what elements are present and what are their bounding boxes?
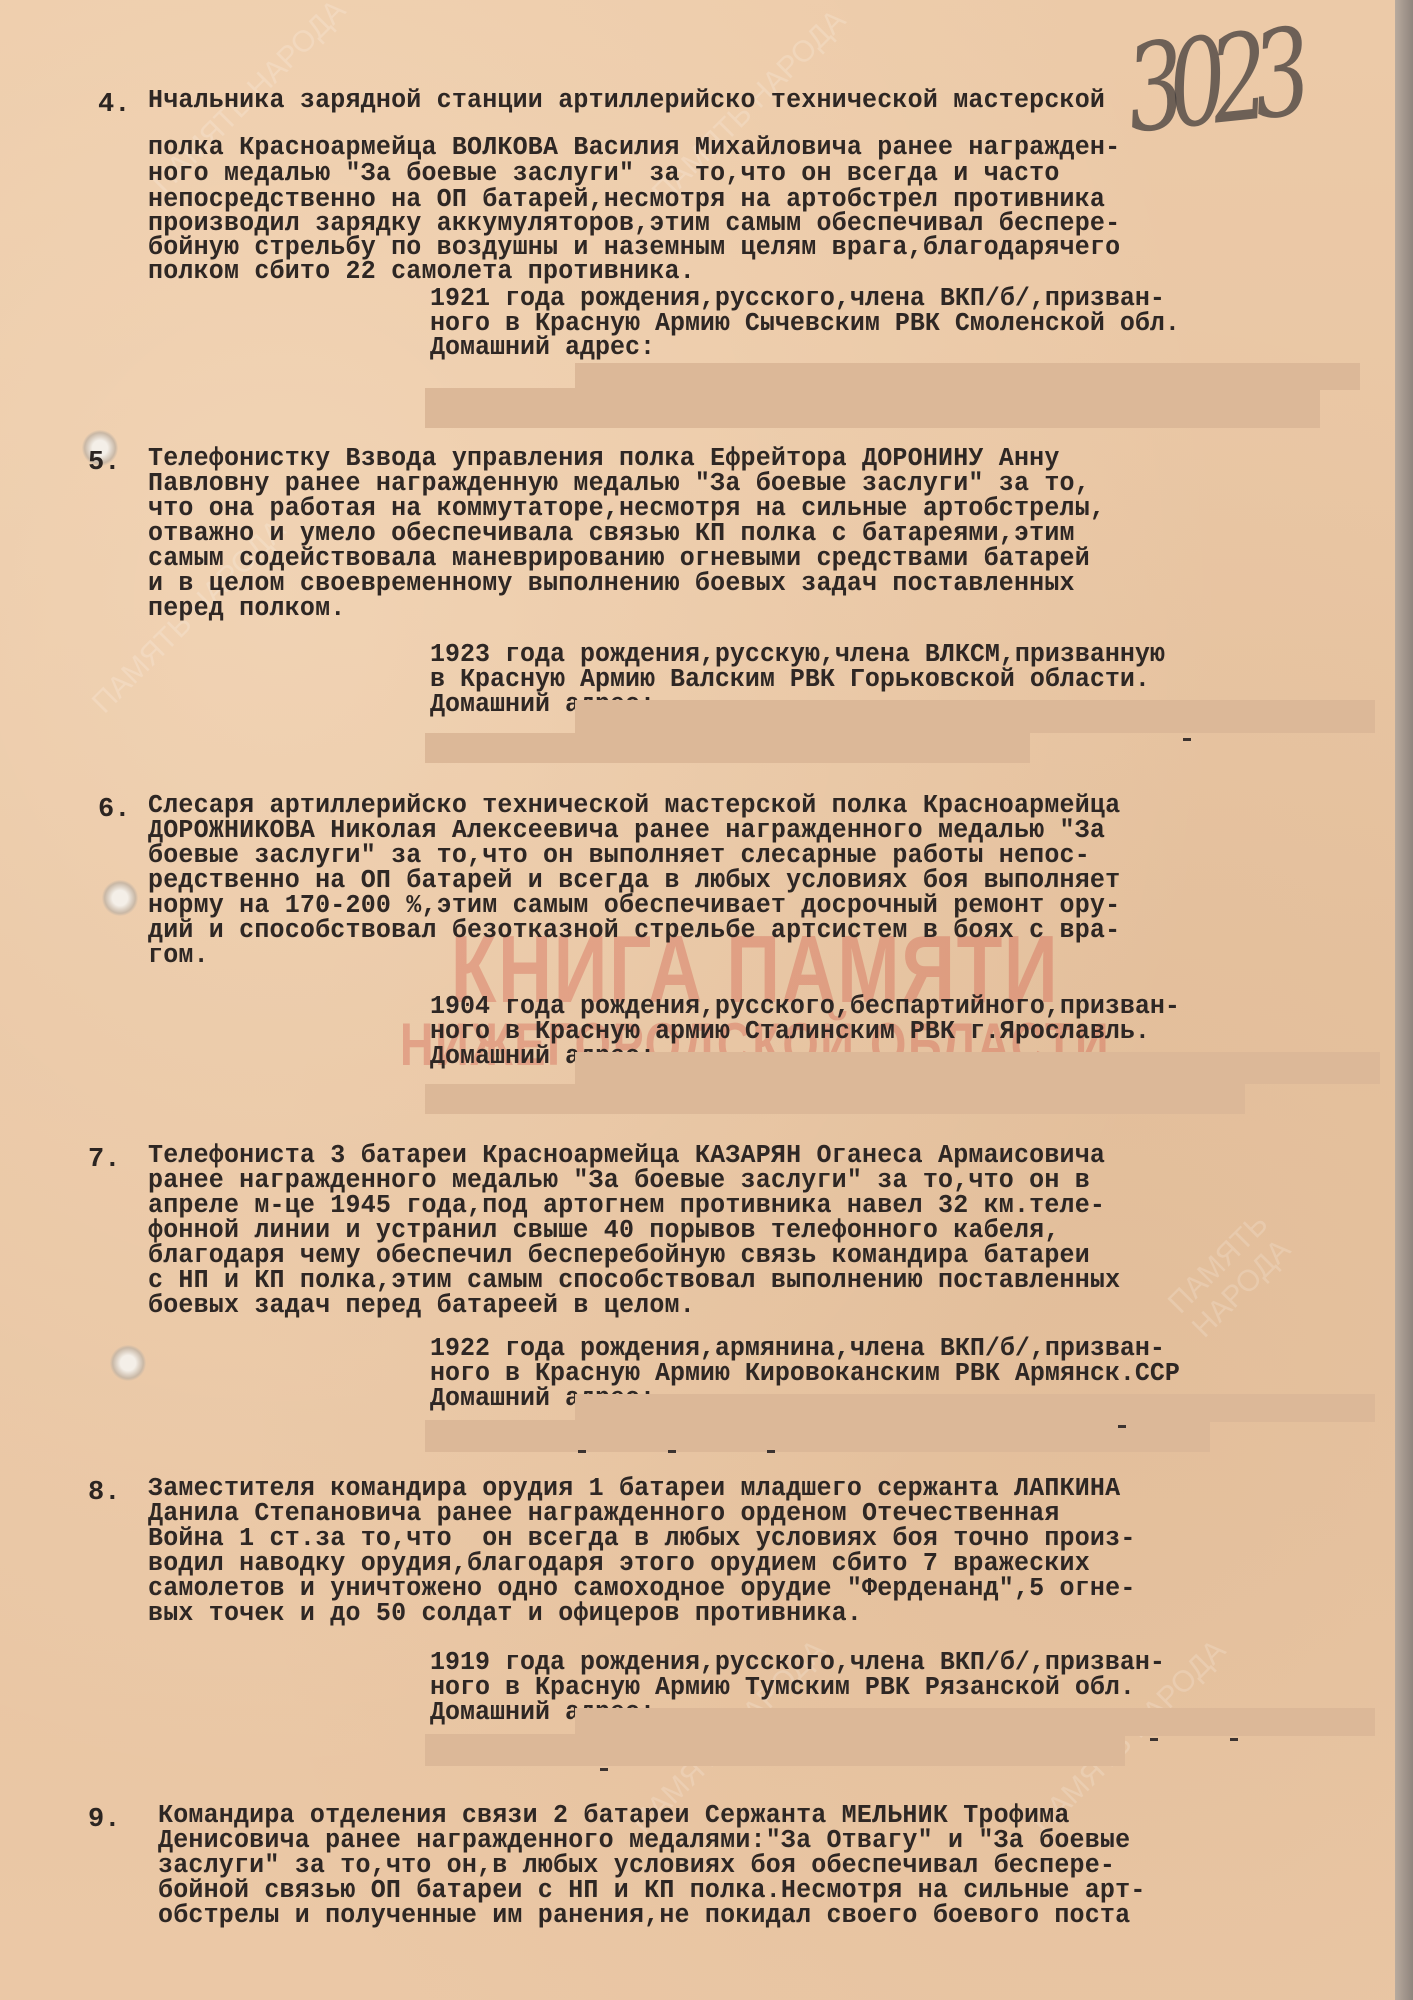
entry-line: апреле м-це 1945 года,под артогнем проти… [148, 1195, 1105, 1218]
page-edge-shadow [1395, 0, 1413, 2000]
bio-line: Домашний адрес: [430, 337, 655, 360]
bio-line: ного в Красную армию Сталинским РВК г.Яр… [430, 1021, 1150, 1044]
bio-line: ного в Красную Армию Тумским РВК Рязанск… [430, 1677, 1135, 1700]
entry-line: и в целом своевременному выполнению боев… [148, 573, 1075, 596]
entry-line: боевых задач перед батареей в целом. [148, 1295, 695, 1318]
redacted-address [425, 1084, 1245, 1114]
dash-mark [668, 1450, 676, 1453]
entry-line: Слесаря артиллерийско технической мастер… [148, 795, 1120, 818]
redacted-address [425, 1734, 1125, 1766]
dash-mark [1183, 738, 1191, 741]
entry-line: Командира отделения связи 2 батареи Серж… [158, 1805, 1070, 1828]
punch-hole [102, 880, 138, 916]
entry-line: благодаря чему обеспечил бесперебойную с… [148, 1245, 1090, 1268]
entry-number: 6. [98, 795, 130, 825]
redacted-address [575, 363, 1360, 390]
entry-line: водил наводку орудия,благодаря этого ору… [148, 1553, 1090, 1576]
dash-mark [578, 1450, 586, 1453]
redacted-address [425, 733, 1030, 763]
dash-mark [1230, 1738, 1238, 1741]
punch-hole [110, 1345, 146, 1381]
bio-line: 1922 года рождения,армянина,члена ВКП/б/… [430, 1338, 1165, 1361]
entry-number: 9. [88, 1805, 120, 1835]
redacted-address [425, 1420, 1210, 1452]
redacted-address [425, 388, 1320, 428]
entry-line: вых точек и до 50 солдат и офицеров прот… [148, 1603, 862, 1626]
watermark-diagonal: ПАМЯТЬ НАРОДА [1162, 1123, 1383, 1344]
entry-line: самым содействовала маневрированию огнев… [148, 548, 1090, 571]
entry-line: Павловну ранее награжденную медалью "За … [148, 473, 1090, 496]
entry-line: Война 1 ст.за то,что он всегда в любых у… [148, 1528, 1136, 1551]
entry-line: полком сбито 22 самолета противника. [148, 261, 695, 284]
entry-line: с НП и КП полка,этим самым способствовал… [148, 1270, 1120, 1293]
dash-mark [767, 1450, 775, 1453]
handwritten-folio-number: 3023 [1120, 4, 1303, 160]
entry-number: 5. [88, 448, 120, 478]
redacted-address [575, 700, 1375, 733]
redacted-address [575, 1708, 1375, 1736]
entry-line: ДОРОЖНИКОВА Николая Алексеевича ранее на… [148, 820, 1105, 843]
entry-line: Телефонистку Взвода управления полка Ефр… [148, 448, 1060, 471]
entry-line: Телефониста 3 батареи Красноармейца КАЗА… [148, 1145, 1105, 1168]
bio-line: 1923 года рождения,русскую,члена ВЛКСМ,п… [430, 644, 1165, 667]
bio-line: ного в Красную Армию Кировоканским РВК А… [430, 1363, 1180, 1386]
bio-line: в Красную Армию Валским РВК Горьковской … [430, 669, 1150, 692]
entry-line: отважно и умело обеспечивала связью КП п… [148, 523, 1075, 546]
entry-line: боевые заслуги" за то,что он выполняет с… [148, 845, 1090, 868]
dash-mark [600, 1768, 608, 1771]
bio-line: 1904 года рождения,русского,беспартийног… [430, 996, 1180, 1019]
entry-line: норму на 170-200 %,этим самым обеспечива… [148, 895, 1120, 918]
document-page: ПАМЯТЬ НАРОДА ПАМЯТЬ НАРОДА ПАМЯТЬ НАРОД… [0, 0, 1395, 2000]
entry-number: 8. [88, 1478, 120, 1508]
entry-line: перед полком. [148, 598, 346, 621]
entry-line: Данила Степановича ранее награжденного о… [148, 1503, 1060, 1526]
entry-line: обстрелы и полученные им ранения,не поки… [158, 1905, 1130, 1928]
entry-line: Заместителя командира орудия 1 батареи м… [148, 1478, 1120, 1501]
entry-line: самолетов и уничтожено одно самоходное о… [148, 1578, 1136, 1601]
entry-number: 7. [88, 1145, 120, 1175]
entry-line: фонной линии и устранил свыше 40 порывов… [148, 1220, 1060, 1243]
entry-number: 4. [98, 90, 130, 120]
entry-line: бойной связью ОП батареи с НП и КП полка… [158, 1880, 1146, 1903]
entry-line: ного медалью "За боевые заслуги" за то,ч… [148, 163, 1060, 186]
entry-line: Нчальника зарядной станции артиллерийско… [148, 90, 1105, 113]
redacted-address [575, 1394, 1375, 1422]
dash-mark [1118, 1425, 1126, 1428]
entry-line: дий и способствовал безотказной стрельбе… [148, 920, 1120, 943]
entry-line: Денисовича ранее награжденного медалями:… [158, 1830, 1130, 1853]
entry-line: что она работая на коммутаторе,несмотря … [148, 498, 1105, 521]
redacted-address [575, 1052, 1380, 1084]
dash-mark [1150, 1738, 1158, 1741]
entry-line: гом. [148, 945, 209, 968]
bio-line: 1919 года рождения,русского,члена ВКП/б/… [430, 1652, 1165, 1675]
entry-line: полка Красноармейца ВОЛКОВА Василия Миха… [148, 137, 1120, 160]
bio-line: 1921 года рождения,русского,члена ВКП/б/… [430, 288, 1165, 311]
entry-line: редственно на ОП батарей и всегда в любы… [148, 870, 1120, 893]
entry-line: ранее награжденного медалью "За боевые з… [148, 1170, 1090, 1193]
entry-line: заслуги" за то,что он,в любых условиях б… [158, 1855, 1115, 1878]
